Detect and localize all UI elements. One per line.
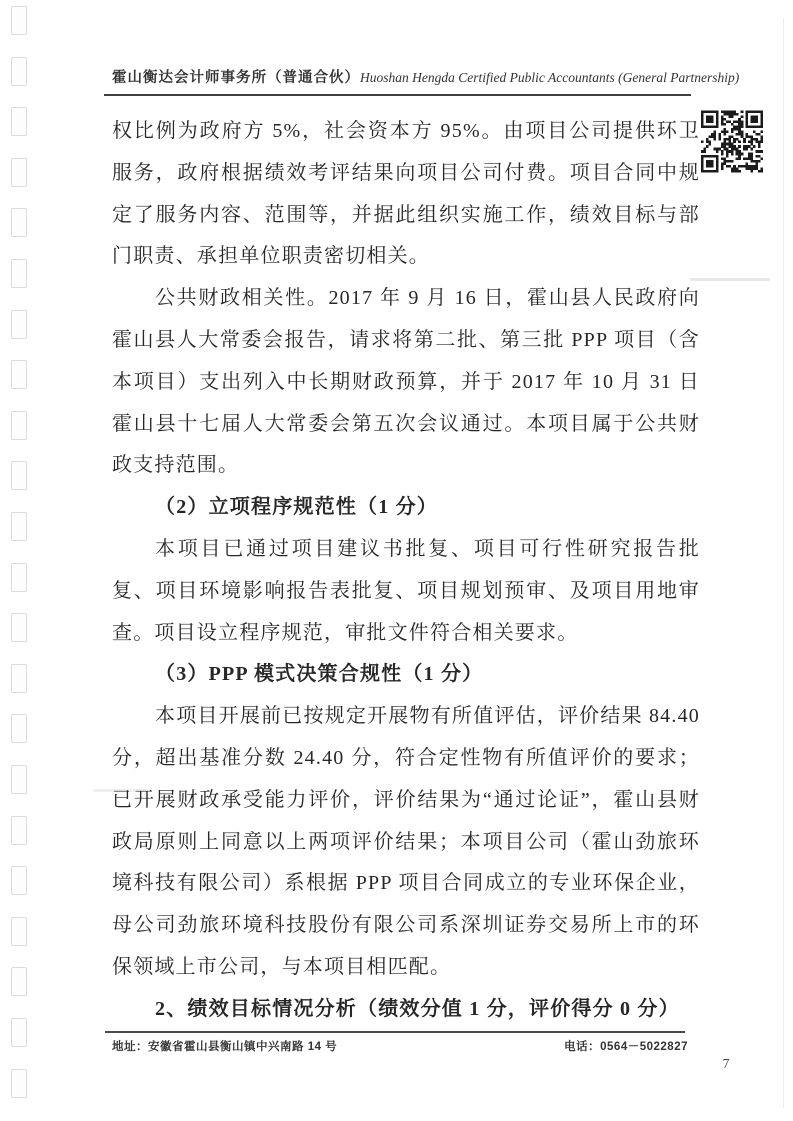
- binding-hole: [11, 714, 27, 743]
- binding-holes: [0, 0, 40, 1121]
- paragraph: 权比例为政府方 5%，社会资本方 95%。由项目公司提供环卫服务，政府根据绩效考…: [112, 111, 700, 278]
- scan-edge-line: [783, 18, 784, 1108]
- binding-hole: [11, 461, 27, 490]
- binding-hole: [11, 208, 27, 237]
- paragraph: 本项目已通过项目建议书批复、项目可行性研究报告批复、项目环境影响报告表批复、项目…: [112, 529, 700, 654]
- binding-hole: [11, 259, 27, 288]
- binding-hole: [11, 1069, 27, 1098]
- binding-hole: [11, 866, 27, 895]
- paragraph: 本项目开展前已按规定开展物有所值评估，评价结果 84.40 分，超出基准分数 2…: [112, 696, 700, 989]
- firm-name-cn: 霍山衡达会计师事务所（普通合伙）: [112, 66, 360, 87]
- binding-hole: [11, 360, 27, 389]
- page-number: 7: [716, 1056, 736, 1072]
- binding-hole: [11, 563, 27, 592]
- scan-smudge: [690, 278, 770, 281]
- binding-hole: [11, 6, 27, 35]
- binding-hole: [11, 613, 27, 642]
- binding-hole: [11, 57, 27, 86]
- letterhead-rule: [104, 94, 691, 96]
- binding-hole: [11, 310, 27, 339]
- binding-hole: [11, 411, 27, 440]
- footer-rule: [105, 1031, 685, 1033]
- qr-code-icon: [701, 109, 763, 174]
- document-body: 权比例为政府方 5%，社会资本方 95%。由项目公司提供环卫服务，政府根据绩效考…: [112, 111, 700, 1032]
- binding-hole: [11, 765, 27, 794]
- firm-name-en: Huoshan Hengda Certified Public Accounta…: [360, 70, 739, 86]
- binding-hole: [11, 1018, 27, 1047]
- section-heading: 2、绩效目标情况分析（绩效分值 1 分，评价得分 0 分）: [112, 989, 700, 1031]
- footer: 地址：安徽省霍山县衡山镇中兴南路 14 号 电话：0564－5022827: [112, 1038, 688, 1054]
- binding-hole: [11, 816, 27, 845]
- section-heading: （3）PPP 模式决策合规性（1 分）: [112, 654, 700, 696]
- letterhead: 霍山衡达会计师事务所（普通合伙） Huoshan Hengda Certifie…: [112, 66, 690, 87]
- binding-hole: [11, 512, 27, 541]
- footer-phone: 电话：0564－5022827: [564, 1038, 688, 1054]
- binding-hole: [11, 158, 27, 187]
- binding-hole: [11, 917, 27, 946]
- binding-hole: [11, 107, 27, 136]
- binding-hole: [11, 664, 27, 693]
- scanned-document-page: { "header": { "firm_name_cn": "霍山衡达会计师事务…: [0, 0, 793, 1121]
- section-heading: （2）立项程序规范性（1 分）: [112, 487, 700, 529]
- binding-hole: [11, 967, 27, 996]
- paragraph: 公共财政相关性。2017 年 9 月 16 日，霍山县人民政府向霍山县人大常委会…: [112, 278, 700, 487]
- footer-address: 地址：安徽省霍山县衡山镇中兴南路 14 号: [112, 1038, 337, 1054]
